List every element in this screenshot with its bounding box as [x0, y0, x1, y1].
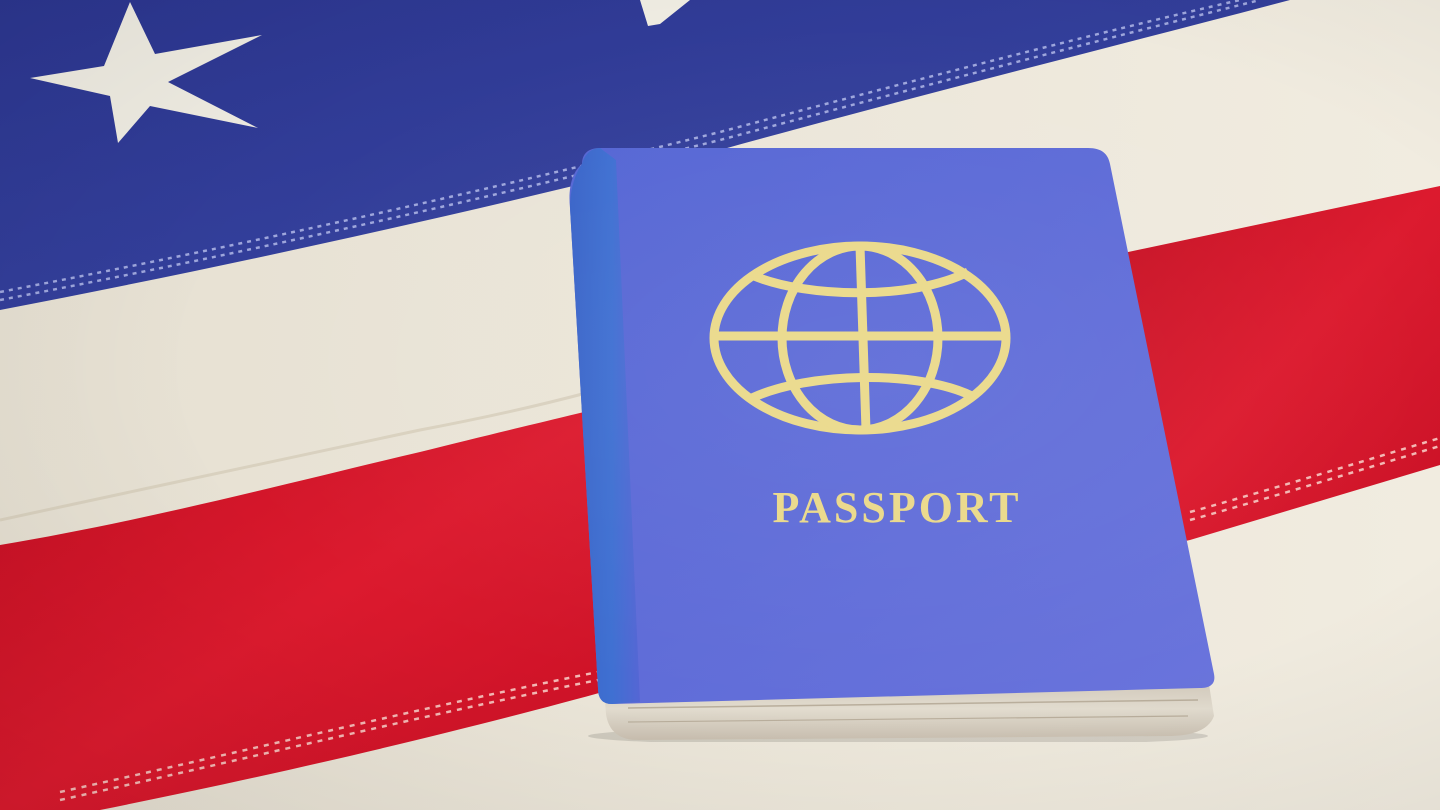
passport-body — [568, 148, 1216, 742]
passport: PASSPORT — [568, 148, 1216, 742]
photo-scene: PASSPORT — [0, 0, 1440, 810]
passport-title: PASSPORT — [568, 482, 1216, 533]
